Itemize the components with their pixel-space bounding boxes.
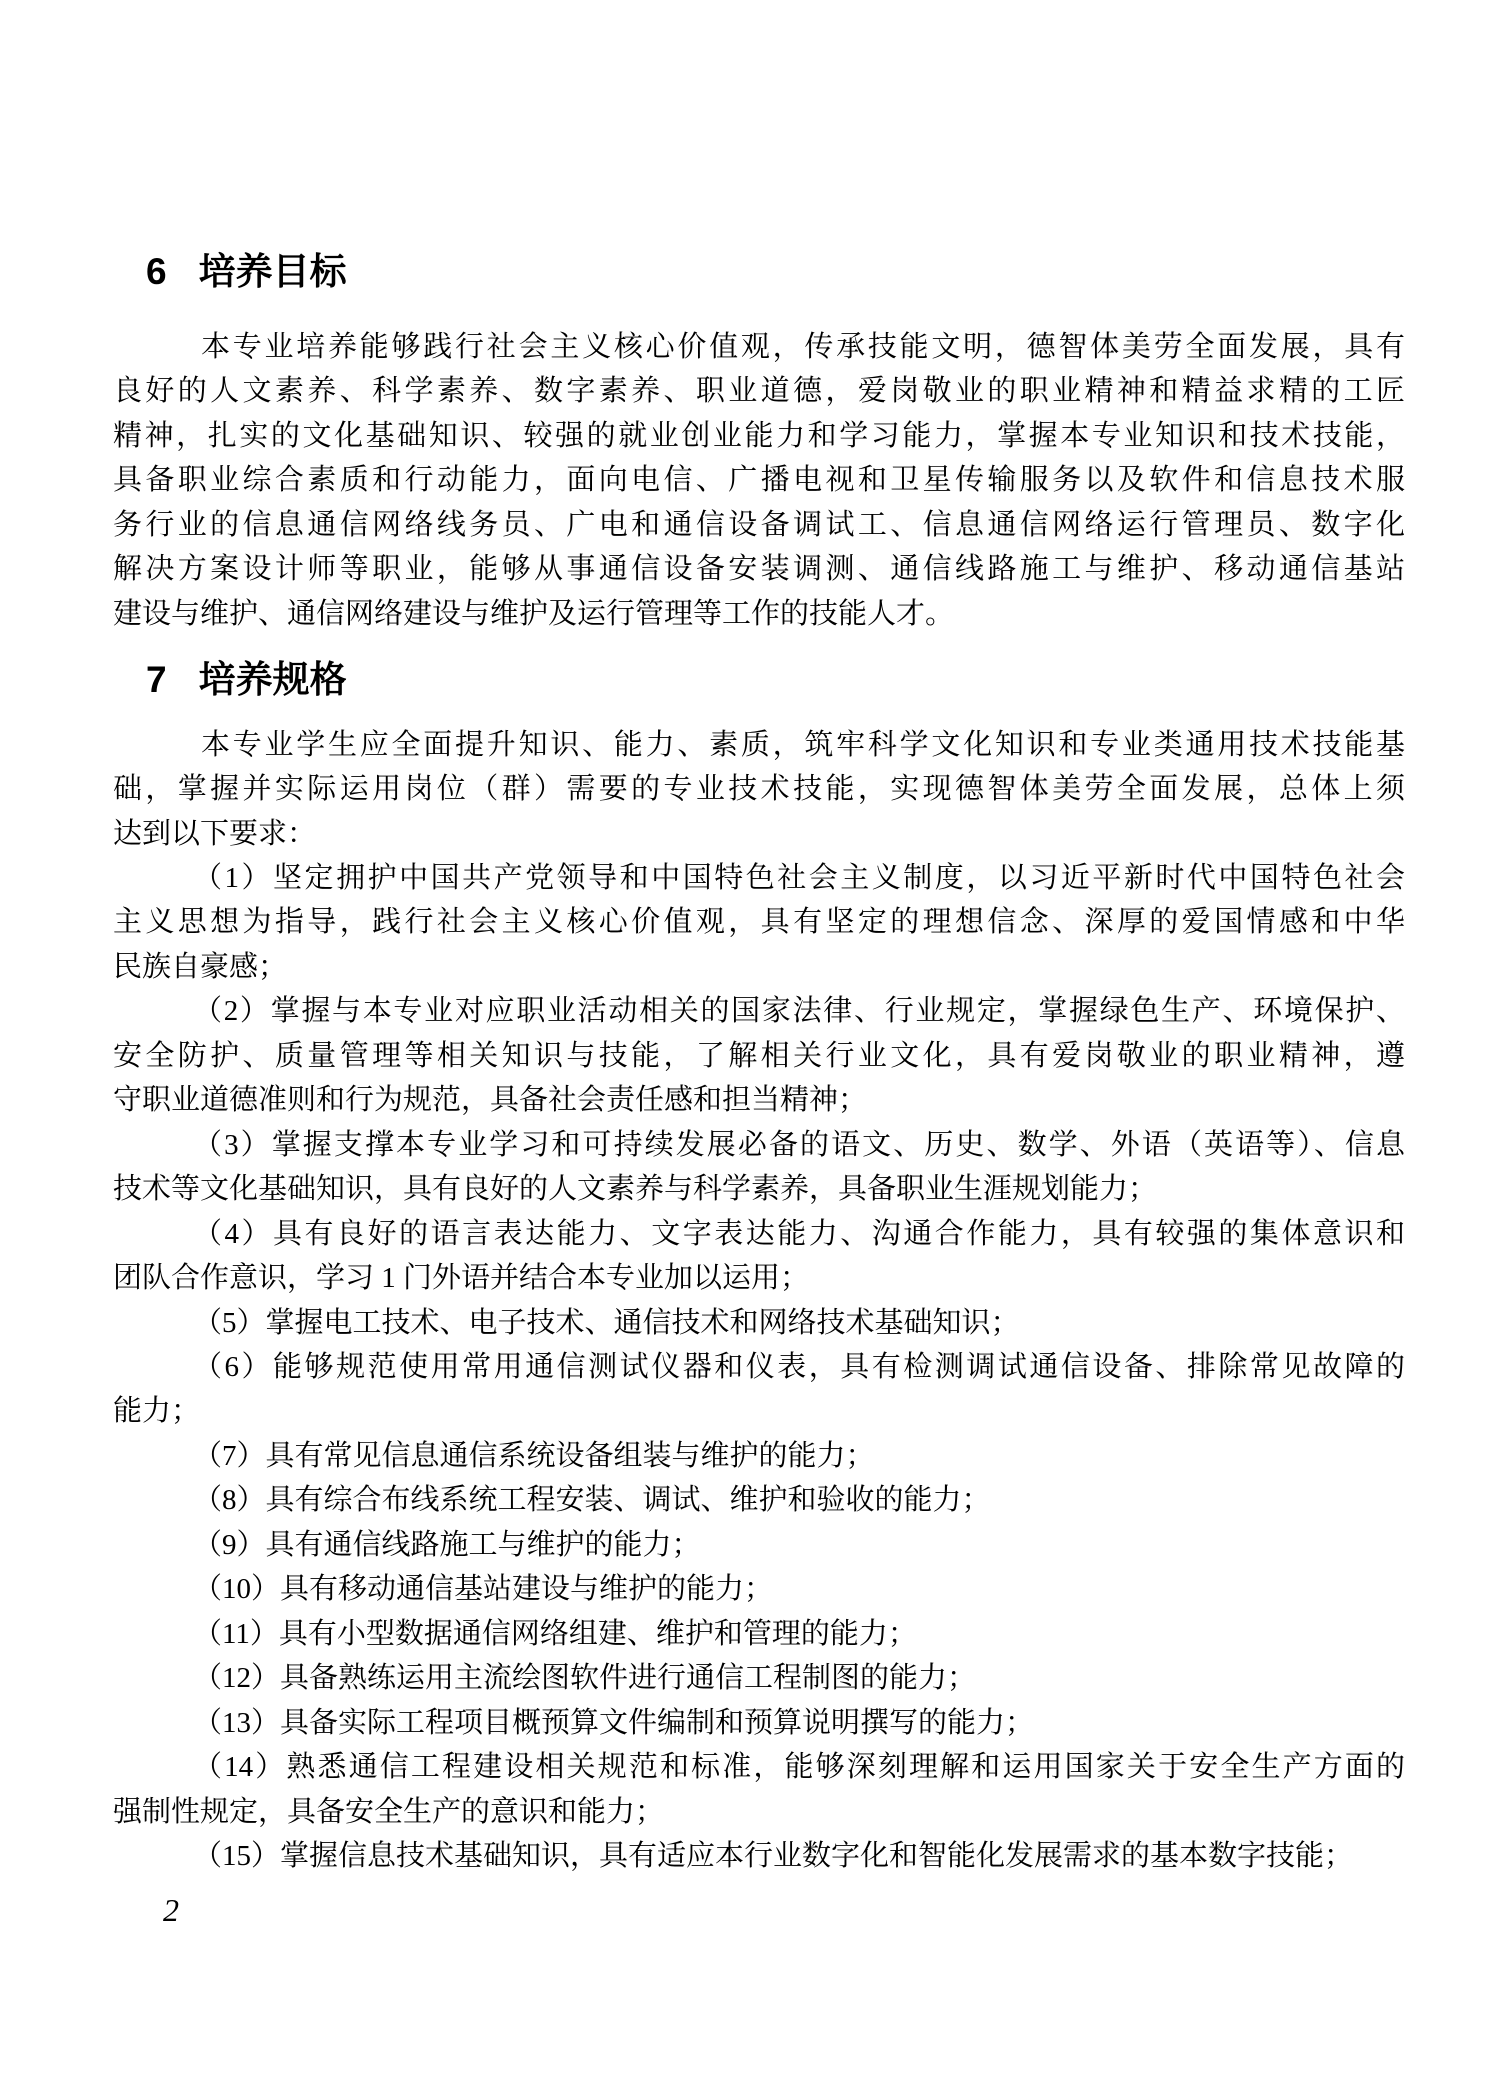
text-line: （8）具有综合布线系统工程安装、调试、维护和验收的能力； [113,1478,1405,1522]
text-line: （1）坚定拥护中国共产党领导和中国特色社会主义制度，以习近平新时代中国特色社会 [113,856,1405,900]
section-7-heading: 7培养规格 [113,658,1405,702]
text-line: 具备职业综合素质和行动能力，面向电信、广播电视和卫星传输服务以及软件和信息技术服 [113,458,1405,502]
text-line: 技术等文化基础知识，具有良好的人文素养与科学素养，具备职业生涯规划能力； [113,1167,1405,1211]
text-line: 能力； [113,1389,1405,1433]
requirement-item: （2）掌握与本专业对应职业活动相关的国家法律、行业规定，掌握绿色生产、环境保护、… [113,989,1405,1122]
text-line: （2）掌握与本专业对应职业活动相关的国家法律、行业规定，掌握绿色生产、环境保护、 [113,989,1405,1033]
text-line: 良好的人文素养、科学素养、数字素养、职业道德，爱岗敬业的职业精神和精益求精的工匠 [113,369,1405,413]
page-number: 2 [163,1892,179,1929]
requirement-item: （3）掌握支撑本专业学习和可持续发展必备的语文、历史、数学、外语（英语等）、信息… [113,1123,1405,1212]
requirement-item: （1）坚定拥护中国共产党领导和中国特色社会主义制度，以习近平新时代中国特色社会 … [113,856,1405,989]
section-7-requirements-list: （1）坚定拥护中国共产党领导和中国特色社会主义制度，以习近平新时代中国特色社会 … [113,856,1405,1878]
requirement-item: （7）具有常见信息通信系统设备组装与维护的能力； [113,1434,1405,1478]
text-line: （10）具有移动通信基站建设与维护的能力； [113,1567,1405,1611]
text-line: （14）熟悉通信工程建设相关规范和标准，能够深刻理解和运用国家关于安全生产方面的 [113,1745,1405,1789]
requirement-item: （10）具有移动通信基站建设与维护的能力； [113,1567,1405,1611]
text-line: （9）具有通信线路施工与维护的能力； [113,1523,1405,1567]
section-6-paragraph: 本专业培养能够践行社会主义核心价值观，传承技能文明，德智体美劳全面发展，具有 良… [113,325,1405,636]
text-line: （6）能够规范使用常用通信测试仪器和仪表，具有检测调试通信设备、排除常见故障的 [113,1345,1405,1389]
text-line: 强制性规定，具备安全生产的意识和能力； [113,1790,1405,1834]
text-line: （12）具备熟练运用主流绘图软件进行通信工程制图的能力； [113,1656,1405,1700]
section-title: 培养目标 [199,251,347,292]
text-line: 主义思想为指导，践行社会主义核心价值观，具有坚定的理想信念、深厚的爱国情感和中华 [113,900,1405,944]
section-number: 6 [146,250,167,294]
text-line: （3）掌握支撑本专业学习和可持续发展必备的语文、历史、数学、外语（英语等）、信息 [113,1123,1405,1167]
requirement-item: （13）具备实际工程项目概预算文件编制和预算说明撰写的能力； [113,1701,1405,1745]
text-line: 精神，扎实的文化基础知识、较强的就业创业能力和学习能力，掌握本专业知识和技术技能… [113,414,1405,458]
text-line: 守职业道德准则和行为规范，具备社会责任感和担当精神； [113,1078,1405,1122]
section-title: 培养规格 [199,659,347,700]
requirement-item: （8）具有综合布线系统工程安装、调试、维护和验收的能力； [113,1478,1405,1522]
section-6-heading: 6培养目标 [113,250,1405,294]
text-line: 解决方案设计师等职业，能够从事通信设备安装调测、通信线路施工与维护、移动通信基站 [113,547,1405,591]
requirement-item: （6）能够规范使用常用通信测试仪器和仪表，具有检测调试通信设备、排除常见故障的 … [113,1345,1405,1434]
text-line: 民族自豪感； [113,945,1405,989]
text-line: 础，掌握并实际运用岗位（群）需要的专业技术技能，实现德智体美劳全面发展，总体上须 [113,767,1405,811]
text-line: （15）掌握信息技术基础知识，具有适应本行业数字化和智能化发展需求的基本数字技能… [113,1834,1405,1878]
text-line: （7）具有常见信息通信系统设备组装与维护的能力； [113,1434,1405,1478]
text-line: 安全防护、质量管理等相关知识与技能，了解相关行业文化，具有爱岗敬业的职业精神，遵 [113,1034,1405,1078]
text-line: 建设与维护、通信网络建设与维护及运行管理等工作的技能人才。 [113,592,1405,636]
text-line: （5）掌握电工技术、电子技术、通信技术和网络技术基础知识； [113,1301,1405,1345]
text-line: 务行业的信息通信网络线务员、广电和通信设备调试工、信息通信网络运行管理员、数字化 [113,503,1405,547]
requirement-item: （14）熟悉通信工程建设相关规范和标准，能够深刻理解和运用国家关于安全生产方面的… [113,1745,1405,1834]
requirement-item: （5）掌握电工技术、电子技术、通信技术和网络技术基础知识； [113,1301,1405,1345]
text-line: （11）具有小型数据通信网络组建、维护和管理的能力； [113,1612,1405,1656]
requirement-item: （15）掌握信息技术基础知识，具有适应本行业数字化和智能化发展需求的基本数字技能… [113,1834,1405,1878]
requirement-item: （9）具有通信线路施工与维护的能力； [113,1523,1405,1567]
section-number: 7 [146,658,167,702]
text-line: 团队合作意识，学习 1 门外语并结合本专业加以运用； [113,1256,1405,1300]
text-line: 达到以下要求： [113,812,1405,856]
requirement-item: （11）具有小型数据通信网络组建、维护和管理的能力； [113,1612,1405,1656]
section-7-intro-paragraph: 本专业学生应全面提升知识、能力、素质，筑牢科学文化知识和专业类通用技术技能基 础… [113,723,1405,856]
text-line: 本专业培养能够践行社会主义核心价值观，传承技能文明，德智体美劳全面发展，具有 [113,325,1405,369]
text-line: （4）具有良好的语言表达能力、文字表达能力、沟通合作能力，具有较强的集体意识和 [113,1212,1405,1256]
text-line: （13）具备实际工程项目概预算文件编制和预算说明撰写的能力； [113,1701,1405,1745]
text-line: 本专业学生应全面提升知识、能力、素质，筑牢科学文化知识和专业类通用技术技能基 [113,723,1405,767]
requirement-item: （12）具备熟练运用主流绘图软件进行通信工程制图的能力； [113,1656,1405,1700]
document-page: 6培养目标 本专业培养能够践行社会主义核心价值观，传承技能文明，德智体美劳全面发… [0,0,1503,2094]
requirement-item: （4）具有良好的语言表达能力、文字表达能力、沟通合作能力，具有较强的集体意识和 … [113,1212,1405,1301]
